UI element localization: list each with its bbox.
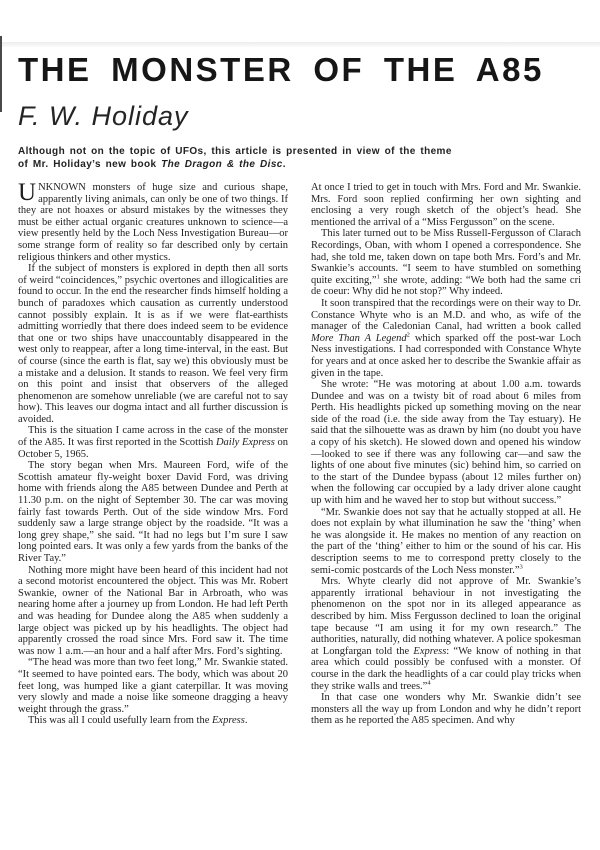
standfirst-line-2-text: of Mr. Holiday’s new book: [18, 159, 161, 170]
body-paragraph: Nothing more might have been heard of th…: [18, 565, 288, 658]
body-paragraph: “The head was more than two feet long,” …: [18, 657, 288, 715]
body-paragraph: If the subject of monsters is explored i…: [18, 263, 288, 425]
body-text: If the subject of monsters is explored i…: [18, 263, 288, 425]
article-body: UNKNOWN monsters of huge size and curiou…: [18, 182, 582, 727]
body-text: “The head was more than two feet long,” …: [18, 657, 288, 714]
footnote-marker: 3: [520, 563, 523, 570]
right-column: At once I tried to get in touch with Mrs…: [311, 182, 581, 727]
body-paragraph: At once I tried to get in touch with Mrs…: [311, 182, 581, 228]
body-paragraph: The story began when Mrs. Maureen Ford, …: [18, 460, 288, 564]
scanned-page: THE MONSTER OF THE A85 F. W. Holiday Alt…: [0, 0, 600, 850]
body-paragraph: “Mr. Swankie does not say that he actual…: [311, 507, 581, 577]
body-paragraph: Mrs. Whyte clearly did not approve of Mr…: [311, 576, 581, 692]
body-text: It soon transpired that the recordings w…: [311, 298, 581, 332]
left-column: UNKNOWN monsters of huge size and curiou…: [18, 182, 288, 727]
italic-text: More Than A Legend: [311, 333, 407, 344]
footnote-marker: 4: [427, 679, 430, 686]
scan-edge-artifact: [0, 42, 600, 47]
body-text: She wrote: “He was motoring at about 1.0…: [311, 379, 581, 506]
italic-text: Express: [413, 646, 446, 657]
article-byline: F. W. Holiday: [18, 101, 582, 131]
italic-text: Daily Express: [216, 437, 275, 448]
body-text: In that case one wonders why Mr. Swankie…: [311, 692, 581, 726]
article-title: THE MONSTER OF THE A85: [18, 52, 582, 88]
article: THE MONSTER OF THE A85 F. W. Holiday Alt…: [18, 52, 582, 727]
body-paragraph: This later turned out to be Miss Russell…: [311, 228, 581, 298]
body-paragraph: This is the situation I came across in t…: [18, 425, 288, 460]
body-paragraph: In that case one wonders why Mr. Swankie…: [311, 692, 581, 727]
body-paragraph: It soon transpired that the recordings w…: [311, 298, 581, 379]
drop-cap: U: [18, 182, 38, 203]
standfirst-line-2-period: .: [283, 159, 286, 170]
standfirst-line-1: Although not on the topic of UFOs, this …: [18, 146, 582, 159]
body-text: Mrs. Whyte clearly did not approve of Mr…: [311, 576, 581, 657]
body-paragraph: UNKNOWN monsters of huge size and curiou…: [18, 182, 288, 263]
body-text: The story began when Mrs. Maureen Ford, …: [18, 460, 288, 564]
italic-text: Express: [212, 715, 245, 726]
scan-edge-mark: [0, 36, 2, 112]
body-text: NKNOWN monsters of huge size and curious…: [18, 182, 288, 263]
book-title: The Dragon & the Disc: [161, 159, 283, 170]
body-text: “Mr. Swankie does not say that he actual…: [311, 507, 581, 576]
body-text: .: [245, 715, 248, 726]
article-standfirst: Although not on the topic of UFOs, this …: [18, 146, 582, 171]
body-paragraph: She wrote: “He was motoring at about 1.0…: [311, 379, 581, 507]
body-paragraph: This was all I could usefully learn from…: [18, 715, 288, 727]
body-text: At once I tried to get in touch with Mrs…: [311, 182, 581, 228]
body-text: Nothing more might have been heard of th…: [18, 565, 288, 657]
standfirst-line-2: of Mr. Holiday’s new book The Dragon & t…: [18, 159, 582, 172]
body-text: This was all I could usefully learn from…: [28, 715, 212, 726]
